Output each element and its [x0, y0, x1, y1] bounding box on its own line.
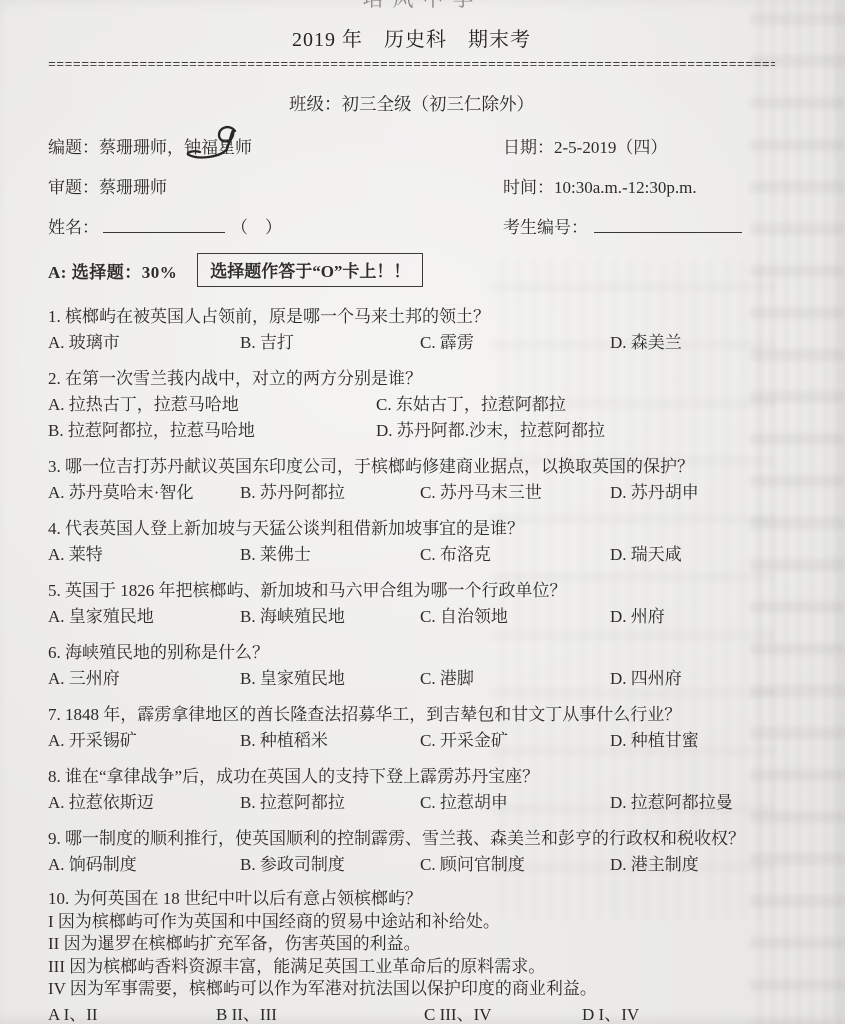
question-9-option-b: B. 参政司制度: [240, 852, 420, 878]
question-7-option-c: C. 开采金矿: [420, 728, 610, 754]
reviewer-label: 审题：: [48, 178, 99, 197]
question-4-option-b: B. 莱佛士: [240, 542, 420, 568]
question-6: 6. 海峡殖民地的别称是什么？ A. 三州府 B. 皇家殖民地 C. 港脚 D.…: [48, 640, 775, 692]
question-8-stem: 8. 谁在“拿律战争”后，成功在英国人的支持下登上霹雳苏丹宝座？: [48, 764, 775, 790]
question-2-stem: 2. 在第一次雪兰莪内战中，对立的两方分别是谁？: [48, 366, 775, 392]
handwritten-mark: [183, 123, 257, 169]
question-4-option-d: D. 瑞天咸: [610, 542, 775, 568]
question-4-stem: 4. 代表英国人登上新加坡与天猛公谈判租借新加坡事宜的是谁？: [48, 516, 775, 542]
question-1-option-d: D. 森美兰: [610, 330, 775, 356]
class-line: 班级：初三全级（初三仁除外）: [48, 91, 775, 116]
question-10-stem: 10. 为何英国在 18 世纪中叶以后有意占领槟榔屿？: [48, 888, 775, 911]
question-5: 5. 英国于 1826 年把槟榔屿、新加坡和马六甲合组为哪一个行政单位？ A. …: [48, 578, 775, 630]
candidate-no-label: 考生编号：: [503, 218, 588, 237]
date-field: 日期：2-5-2019（四）: [503, 133, 775, 158]
section-a-heading: A: 选择题：30%: [48, 258, 177, 283]
question-8-option-a: A. 拉惹依斯迈: [48, 790, 240, 816]
question-3-option-a: A. 苏丹莫哈末·智化: [48, 480, 240, 506]
question-10-option-a: A I、II: [48, 1004, 216, 1024]
question-2: 2. 在第一次雪兰莪内战中，对立的两方分别是谁？ A. 拉热古丁，拉惹马哈地 B…: [48, 366, 775, 444]
reviewer-value: 蔡珊珊师: [99, 178, 167, 197]
question-10-option-d: D I、IV: [582, 1004, 775, 1024]
name-class-paren: （ ）: [231, 218, 282, 237]
time-label: 时间：: [503, 178, 554, 197]
name-label: 姓名：: [48, 218, 99, 237]
question-10: 10. 为何英国在 18 世纪中叶以后有意占领槟榔屿？ I 因为槟榔屿可作为英国…: [48, 888, 775, 1024]
question-list: 1. 槟榔屿在被英国人占领前，原是哪一个马来土邦的领土？ A. 玻璃市 B. 吉…: [48, 304, 775, 1024]
question-6-option-d: D. 四州府: [610, 666, 775, 692]
question-5-option-a: A. 皇家殖民地: [48, 604, 240, 630]
question-3-option-c: C. 苏丹马末三世: [420, 480, 610, 506]
question-8-option-d: D. 拉惹阿都拉曼: [610, 790, 775, 816]
section-a-header: A: 选择题：30% 选择题作答于“O”卡上！！: [48, 253, 775, 287]
question-8-option-c: C. 拉惹胡申: [420, 790, 610, 816]
question-1-stem: 1. 槟榔屿在被英国人占领前，原是哪一个马来土邦的领土？: [48, 304, 775, 330]
question-5-option-d: D. 州府: [610, 604, 775, 630]
question-9-stem: 9. 哪一制度的顺利推行，使英国顺利的控制霹雳、雪兰莪、森美兰和彭亨的行政权和税…: [48, 826, 775, 852]
question-1-option-c: C. 霹雳: [420, 330, 610, 356]
divider-line: ========================================…: [48, 59, 775, 70]
question-9: 9. 哪一制度的顺利推行，使英国顺利的控制霹雳、雪兰莪、森美兰和彭亨的行政权和税…: [48, 826, 775, 878]
question-3-option-d: D. 苏丹胡申: [610, 480, 775, 506]
question-7-option-d: D. 种植甘蜜: [610, 728, 775, 754]
question-2-option-c: C. 东姑古丁，拉惹阿都拉: [376, 392, 605, 418]
time-value: 10:30a.m.-12:30p.m.: [554, 178, 697, 197]
answer-card-note-box: 选择题作答于“O”卡上！！: [197, 253, 423, 287]
date-label: 日期：: [503, 138, 554, 157]
question-9-option-c: C. 顾问官制度: [420, 852, 610, 878]
question-10-option-b: B II、III: [216, 1004, 424, 1024]
question-6-option-a: A. 三州府: [48, 666, 240, 692]
question-7: 7. 1848 年，霹雳拿律地区的酋长隆查法招募华工，到吉辇包和甘文丁从事什么行…: [48, 702, 775, 754]
question-4-option-a: A. 莱特: [48, 542, 240, 568]
question-8: 8. 谁在“拿律战争”后，成功在英国人的支持下登上霹雳苏丹宝座？ A. 拉惹依斯…: [48, 764, 775, 816]
time-field: 时间：10:30a.m.-12:30p.m.: [503, 173, 775, 198]
question-10-statement-2: II 因为暹罗在槟榔屿扩充军备，伤害英国的利益。: [48, 933, 775, 956]
setter-field: 编题：蔡珊珊师，钟福星师: [48, 133, 503, 158]
info-block: 编题：蔡珊珊师，钟福星师 日期：2-5-2019（四） 审题：蔡珊珊师 时间：1…: [48, 133, 775, 238]
question-3-option-b: B. 苏丹阿都拉: [240, 480, 420, 506]
question-3-stem: 3. 哪一位吉打苏丹献议英国东印度公司，于槟榔屿修建商业据点，以换取英国的保护？: [48, 454, 775, 480]
reviewer-field: 审题：蔡珊珊师: [48, 173, 503, 198]
question-3: 3. 哪一位吉打苏丹献议英国东印度公司，于槟榔屿修建商业据点，以换取英国的保护？…: [48, 454, 775, 506]
candidate-no-blank-line: [594, 216, 742, 233]
question-6-stem: 6. 海峡殖民地的别称是什么？: [48, 640, 775, 666]
question-7-option-a: A. 开采锡矿: [48, 728, 240, 754]
question-6-option-b: B. 皇家殖民地: [240, 666, 420, 692]
page-title: 2019 年 历史科 期末考: [48, 23, 775, 52]
question-2-option-d: D. 苏丹阿都.沙末，拉惹阿都拉: [376, 418, 605, 444]
question-6-option-c: C. 港脚: [420, 666, 610, 692]
question-5-stem: 5. 英国于 1826 年把槟榔屿、新加坡和马六甲合组为哪一个行政单位？: [48, 578, 775, 604]
question-1-option-a: A. 玻璃市: [48, 330, 240, 356]
question-4-option-c: C. 布洛克: [420, 542, 610, 568]
question-8-option-b: B. 拉惹阿都拉: [240, 790, 420, 816]
question-7-stem: 7. 1848 年，霹雳拿律地区的酋长隆查法招募华工，到吉辇包和甘文丁从事什么行…: [48, 702, 775, 728]
school-name-partial: 培风中学: [0, 0, 845, 13]
candidate-no-field: 考生编号：: [503, 213, 775, 238]
question-1-option-b: B. 吉打: [240, 330, 420, 356]
question-10-statement-4: IV 因为军事需要，槟榔屿可以作为军港对抗法国以保护印度的商业利益。: [48, 978, 775, 1001]
question-10-statement-1: I 因为槟榔屿可作为英国和中国经商的贸易中途站和补给处。: [48, 911, 775, 934]
question-9-option-d: D. 港主制度: [610, 852, 775, 878]
exam-paper: 培风中学 2019 年 历史科 期末考 ====================…: [0, 0, 845, 1024]
question-10-option-c: C III、IV: [424, 1004, 582, 1024]
question-5-option-b: B. 海峡殖民地: [240, 604, 420, 630]
question-10-statement-3: III 因为槟榔屿香料资源丰富，能满足英国工业革命后的原料需求。: [48, 956, 775, 979]
question-1: 1. 槟榔屿在被英国人占领前，原是哪一个马来土邦的领土？ A. 玻璃市 B. 吉…: [48, 304, 775, 356]
setter-label: 编题：: [48, 138, 99, 157]
name-blank-line: [103, 216, 225, 233]
question-4: 4. 代表英国人登上新加坡与天猛公谈判租借新加坡事宜的是谁？ A. 莱特 B. …: [48, 516, 775, 568]
question-9-option-a: A. 饷码制度: [48, 852, 240, 878]
date-value: 2-5-2019（四）: [554, 138, 667, 157]
question-2-option-a: A. 拉热古丁，拉惹马哈地: [48, 392, 376, 418]
question-5-option-c: C. 自治领地: [420, 604, 610, 630]
question-7-option-b: B. 种植稻米: [240, 728, 420, 754]
question-2-option-b: B. 拉惹阿都拉，拉惹马哈地: [48, 418, 376, 444]
name-field: 姓名：（ ）: [48, 213, 503, 238]
